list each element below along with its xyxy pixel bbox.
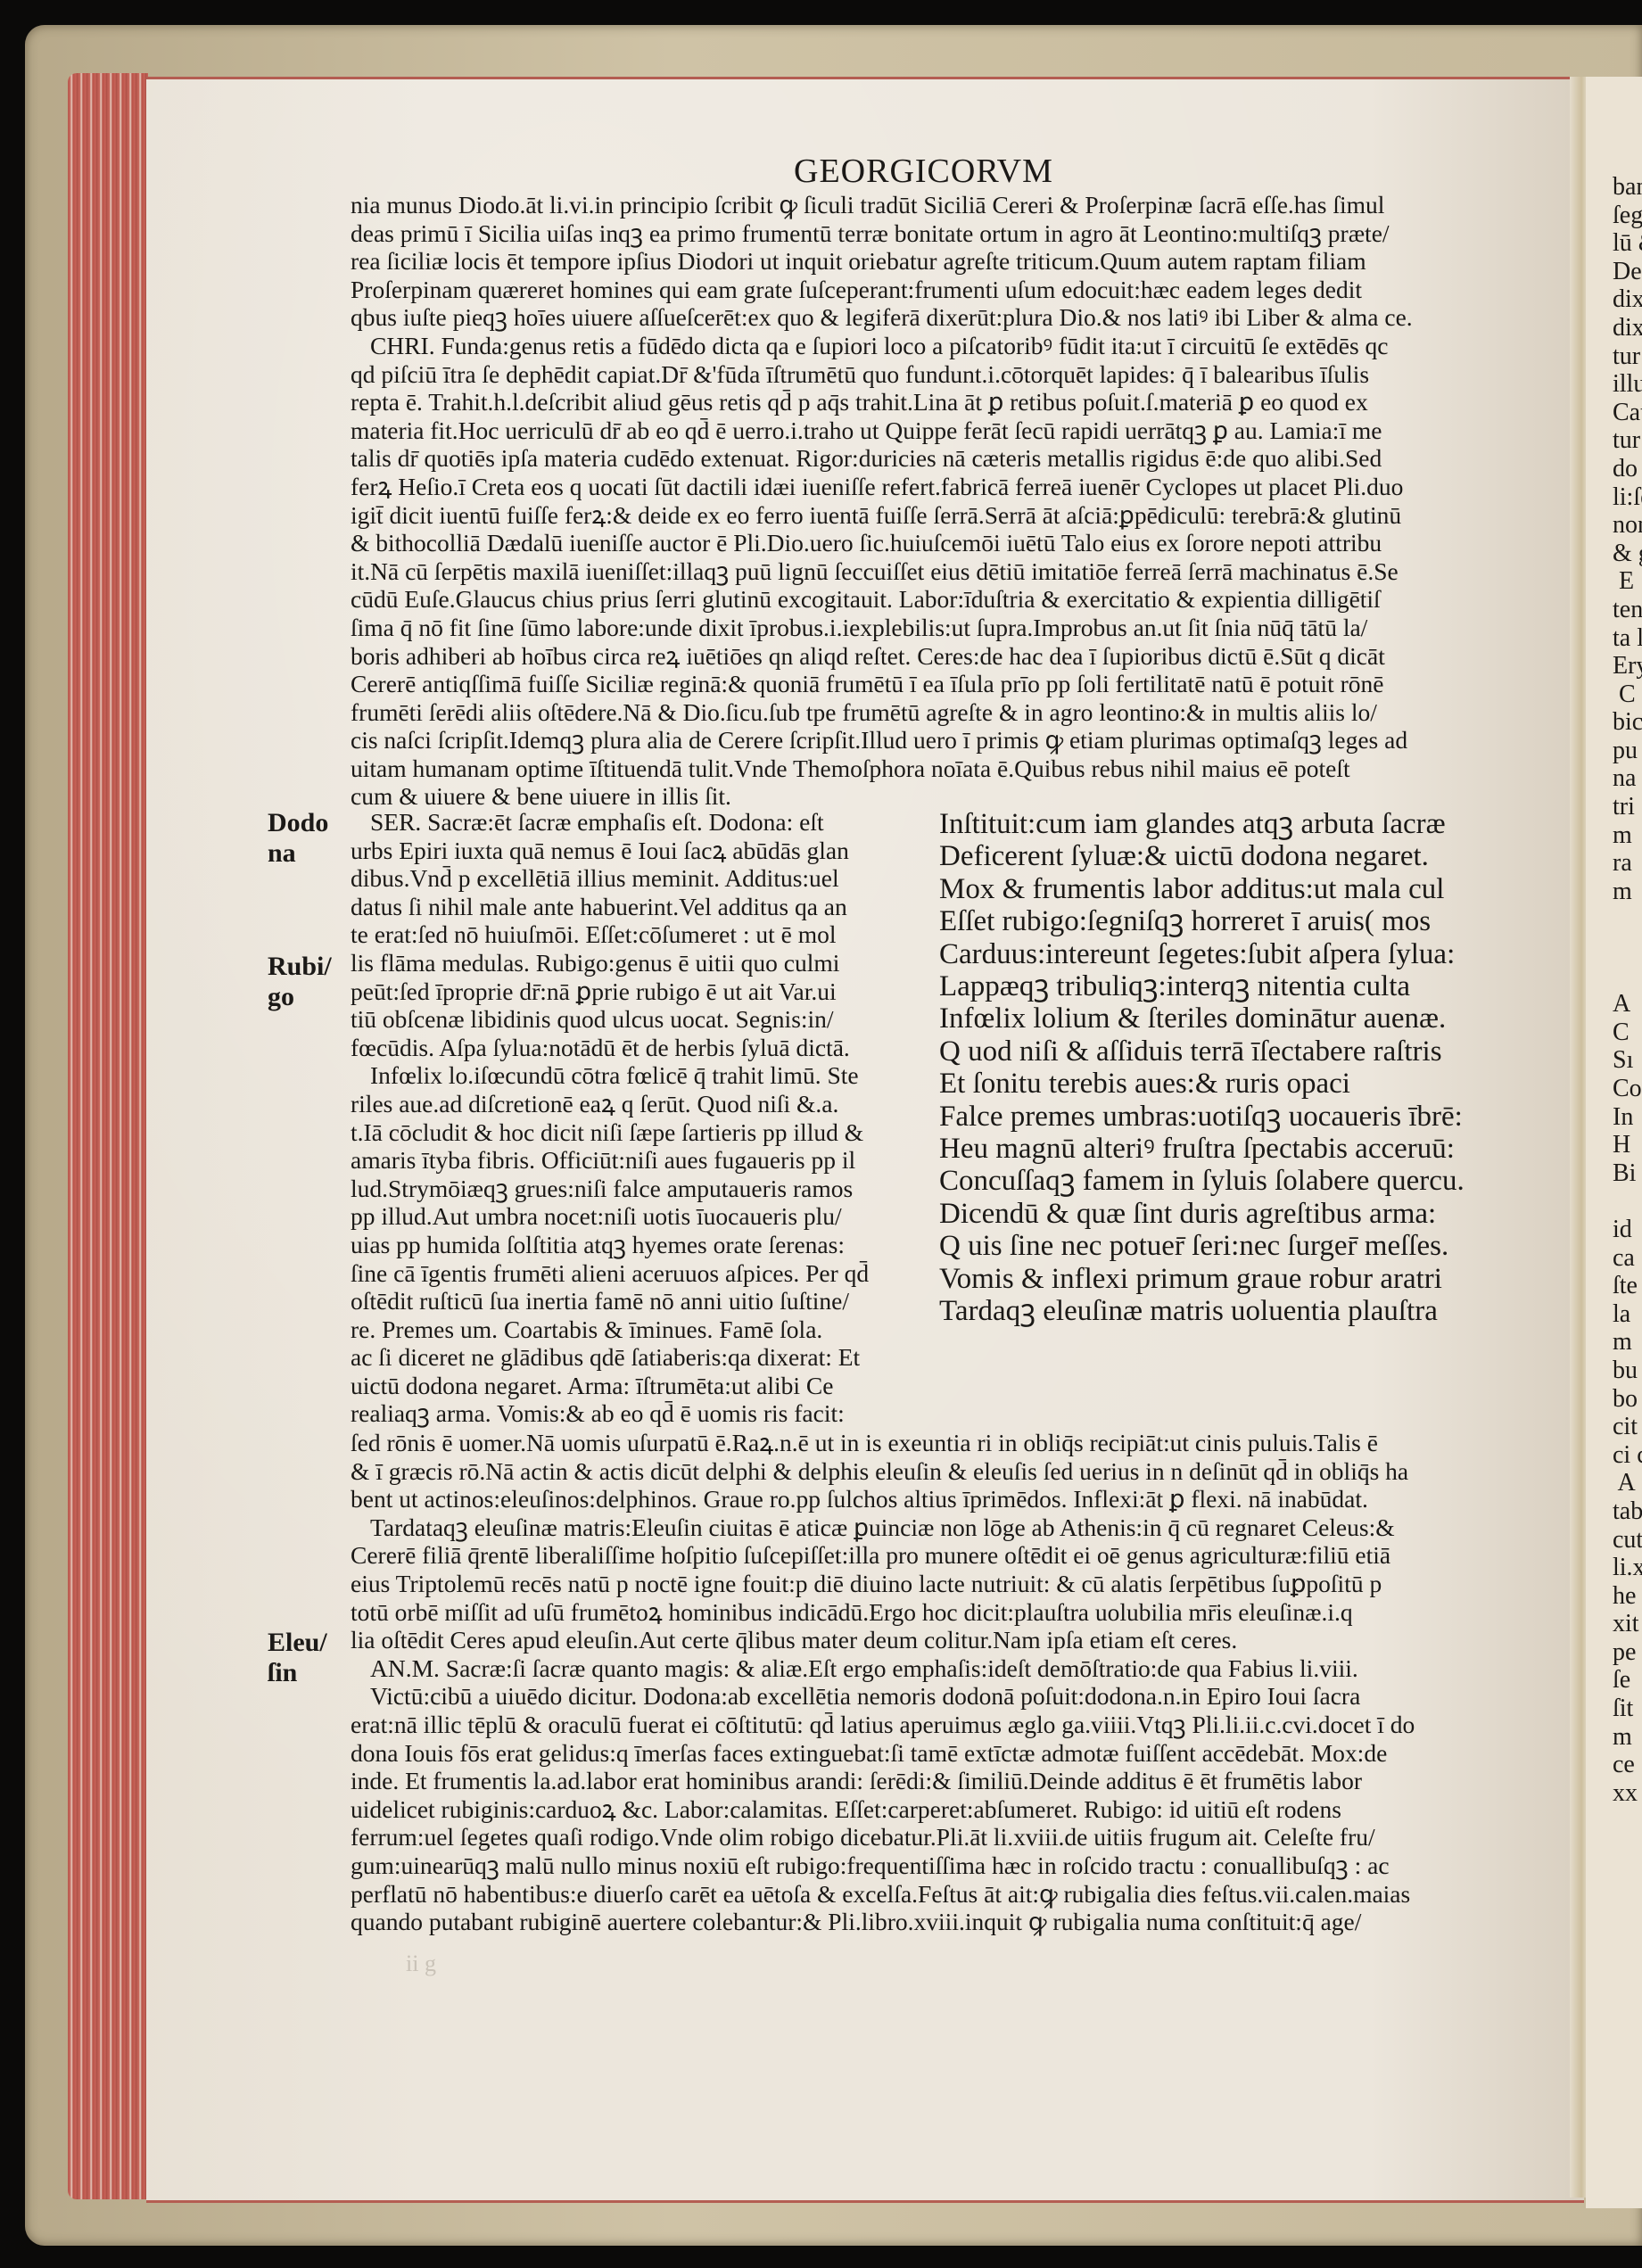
marginal-note: Rubi/ go bbox=[268, 952, 332, 1012]
text-line: ſed rōnis ē uomer.Nā uomis uſurpatū ē.Ra… bbox=[351, 1429, 1415, 1457]
text-line: cum & uiuere & bene uiuere in illis ſit. bbox=[351, 782, 1413, 811]
text-line: lud.Strymōiæqꝫ grues:niſi falce amputaue… bbox=[351, 1175, 869, 1203]
text-line: Heu magnū alteriꝰ fruſtra ſpectabis acce… bbox=[939, 1133, 1465, 1165]
text-line: dibus.Vnd̄ p excellētiā illius meminit. … bbox=[351, 864, 869, 893]
text-line: Concuſſaqꝫ famem in ſyluis ſolabere quer… bbox=[939, 1165, 1465, 1197]
text-line: uias pp humida ſolſtitia atqꝫ hyemes ora… bbox=[351, 1231, 869, 1259]
text-line: peūt:ſed īproprie dr̄:nā ꝑprie rubigo ē … bbox=[351, 977, 869, 1006]
text-line: qd piſciū ītra ſe dephēdit capiat.Dr̄ &'… bbox=[351, 360, 1413, 389]
text-line: Vomis & inflexi primum graue robur aratr… bbox=[939, 1263, 1465, 1295]
text-line: cis naſci ſcripſit.Idemqꝫ plura alia de … bbox=[351, 726, 1413, 755]
marginal-note: Eleu/ ſin bbox=[268, 1628, 327, 1688]
text-line: Q uod niſi & aſſiduis terrā īſectabere r… bbox=[939, 1035, 1465, 1068]
text-line: Tardaqꝫ eleuſinæ matris uoluentia plauſt… bbox=[939, 1295, 1465, 1327]
top-commentary: nia munus Diodo.āt li.vi.in principio ſc… bbox=[351, 191, 1413, 811]
text-line: ac ſi diceret ne glādibus qdē ſatiaberis… bbox=[351, 1343, 869, 1372]
text-line: te erat:ſed nō huiuſmōi. Eſſet:cōſumeret… bbox=[351, 920, 869, 949]
text-line: SER. Sacræ:ēt ſacræ emphaſis eſt. Dodona… bbox=[351, 808, 869, 837]
text-line: dona Iouis fōs erat gelidus:q īmerſas fa… bbox=[351, 1739, 1415, 1768]
text-line: uidelicet rubiginis:carduoꝝ &c. Labor:ca… bbox=[351, 1795, 1415, 1824]
text-line: repta ē. Trahit.h.l.deſcribit aliud gēus… bbox=[351, 388, 1413, 416]
facing-page-fragments: bant ſeget lū & De tr dixim dixer tur fr… bbox=[1613, 173, 1642, 1807]
left-commentary-column: SER. Sacræ:ēt ſacræ emphaſis eſt. Dodona… bbox=[351, 808, 869, 1428]
text-line: talis dr̄ quotiēs ipſa materia cudēdo ex… bbox=[351, 444, 1413, 473]
text-line: Dicendū & quæ ſint duris agreſtibus arma… bbox=[939, 1198, 1465, 1230]
text-line: perflatū nō habentibus:e diuerſo carēt e… bbox=[351, 1880, 1415, 1909]
text-line: Cererē antiqſſimā fuiſſe Siciliæ reginā:… bbox=[351, 670, 1413, 698]
text-line: t.Iā cōcludit & hoc dicit niſi ſæpe ſart… bbox=[351, 1118, 869, 1147]
text-line: ferꝝ Heſio.ī Creta eos q uocati ſūt dact… bbox=[351, 473, 1413, 501]
text-line: gum:uinearūqꝫ malū nullo minus noxiū eſt… bbox=[351, 1852, 1415, 1880]
text-line: AN.M. Sacræ:ſi ſacræ quanto magis: & ali… bbox=[351, 1654, 1415, 1683]
text-line: ſima q̄ nō fit ſine ſūmo labore:unde dix… bbox=[351, 614, 1413, 642]
text-line: Lappæqꝫ tribuliqꝫ:interqꝫ nitentia culta bbox=[939, 970, 1465, 1002]
text-line: lia oſtēdit Ceres apud eleuſin.Aut certe… bbox=[351, 1626, 1415, 1654]
text-line: amaris ītyba fibris. Officiūt:niſi aues … bbox=[351, 1146, 869, 1175]
text-line: ſine cā īgentis frumēti alieni aceruuos … bbox=[351, 1259, 869, 1288]
running-head: GEORGICORVM bbox=[794, 152, 1053, 191]
text-line: tiū obſcenæ libidinis quod ulcus uocat. … bbox=[351, 1005, 869, 1034]
folio-mark: ii g bbox=[406, 1950, 436, 1977]
text-line: deas primū ī Sicilia uiſas inqꝫ ea primo… bbox=[351, 219, 1413, 248]
text-line: Et ſonitu terebis aues:& ruris opaci bbox=[939, 1068, 1465, 1100]
text-line: re. Premes um. Coartabis & īminues. Famē… bbox=[351, 1315, 869, 1344]
red-page-edges bbox=[68, 73, 148, 2199]
facing-page-edge: bant ſeget lū & De tr dixim dixer tur fr… bbox=[1586, 77, 1642, 2208]
text-line: Mox & frumentis labor additus:ut mala cu… bbox=[939, 873, 1465, 905]
text-line: & ī græcis rō.Nā actin & actis dicūt del… bbox=[351, 1457, 1415, 1486]
text-line: Tardataqꝫ eleuſinæ matris:Eleuſin ciuita… bbox=[351, 1513, 1415, 1542]
text-line: materia fit.Hoc uerriculū dr̄ ab eo qd̄ … bbox=[351, 416, 1413, 445]
text-line: fœcūdis. Aſpa ſylua:notādū ēt de herbis … bbox=[351, 1034, 869, 1062]
text-line: it.Nā cū ſerpētis maxilā iueniſſet:illaq… bbox=[351, 557, 1413, 586]
text-line: Deficerent ſyluæ:& uictū dodona negaret. bbox=[939, 840, 1465, 872]
verse-text-column: Inſtituit:cum iam glandes atqꝫ arbuta ſa… bbox=[939, 808, 1465, 1328]
text-line: Victū:cibū a uiuēdo dicitur. Dodona:ab e… bbox=[351, 1682, 1415, 1711]
text-line: realiaqꝫ arma. Vomis:& ab eo qd̄ ē uomis… bbox=[351, 1399, 869, 1428]
text-line: nia munus Diodo.āt li.vi.in principio ſc… bbox=[351, 191, 1413, 219]
text-line: Carduus:intereunt ſegetes:ſubit aſpera ſ… bbox=[939, 938, 1465, 970]
marginal-note: Dodo na bbox=[268, 808, 328, 869]
text-line: pp illud.Aut umbra nocet:niſi uotis īuoc… bbox=[351, 1202, 869, 1231]
text-line: eius Triptolemū recēs natū p noctē igne … bbox=[351, 1570, 1415, 1598]
bottom-commentary: ſed rōnis ē uomer.Nā uomis uſurpatū ē.Ra… bbox=[351, 1429, 1415, 1936]
text-line: & bithocolliā Dædalū iueniſſe auctor ē P… bbox=[351, 529, 1413, 557]
text-line: boris adhiberi ab hoībus circa reꝝ iuēti… bbox=[351, 642, 1413, 671]
text-line: Infœlix lo.iſœcundū cōtra fœlicē q̄ trah… bbox=[351, 1061, 869, 1090]
text-line: datus ſi nihil male ante habuerint.Vel a… bbox=[351, 893, 869, 921]
text-line: Falce premes umbras:uotiſqꝫ uocaueris īb… bbox=[939, 1101, 1465, 1133]
text-line: cūdū Euſe.Glaucus chius prius ſerri glut… bbox=[351, 585, 1413, 614]
text-line: uitam humanam optime īſtituendā tulit.Vn… bbox=[351, 755, 1413, 783]
text-line: quando putabant rubiginē auertere coleba… bbox=[351, 1908, 1415, 1936]
text-line: urbs Epiri iuxta quā nemus ē Ioui ſacꝝ a… bbox=[351, 837, 869, 865]
text-line: riles aue.ad diſcretionē eaꝝ q ſerūt. Qu… bbox=[351, 1090, 869, 1118]
text-line: CHRI. Funda:genus retis a fūdēdo dicta q… bbox=[351, 332, 1413, 360]
text-line: Cererē filiā q̄rentē liberaliſſime hoſpi… bbox=[351, 1541, 1415, 1570]
text-line: Infœlix lolium & ſteriles dominātur auen… bbox=[939, 1002, 1465, 1035]
text-line: inde. Et frumentis la.ad.labor erat homi… bbox=[351, 1767, 1415, 1795]
text-line: bent ut actinos:eleuſinos:delphinos. Gra… bbox=[351, 1485, 1415, 1513]
text-line: Inſtituit:cum iam glandes atqꝫ arbuta ſa… bbox=[939, 808, 1465, 840]
text-line: lis flāma medulas. Rubigo:genus ē uitii … bbox=[351, 949, 869, 977]
text-line: ferrum:uel ſegetes quaſi rodigo.Vnde oli… bbox=[351, 1823, 1415, 1852]
text-line: qbus iuſte pieqꝫ hoīes uiuere aſſueſcerē… bbox=[351, 303, 1413, 332]
text-line: Proſerpinam quæreret homines qui eam gra… bbox=[351, 276, 1413, 304]
text-line: totū orbē miſſit ad uſū frumētoꝝ hominib… bbox=[351, 1598, 1415, 1627]
text-line: frumēti ſerēdi aliis oſtēdere.Nā & Dio.ſ… bbox=[351, 698, 1413, 727]
text-line: oſtēdit ruſticū ſua inertia famē nō anni… bbox=[351, 1287, 869, 1315]
text-line: uictū dodona negaret. Arma: īſtrumēta:ut… bbox=[351, 1372, 869, 1400]
text-line: igit̄ dicit iuentū fuiſſe ferꝝ:& deide e… bbox=[351, 501, 1413, 530]
text-line: erat:nā illic tēplū & oraculū fuerat ei … bbox=[351, 1711, 1415, 1739]
text-line: rea ſiciliæ locis ēt tempore ipſius Diod… bbox=[351, 247, 1413, 276]
text-line: Eſſet rubigo:ſegniſqꝫ horreret ī aruis( … bbox=[939, 905, 1465, 937]
text-line: Q uis ſine nec potuer̄ ſeri:nec ſurger̄ … bbox=[939, 1230, 1465, 1262]
